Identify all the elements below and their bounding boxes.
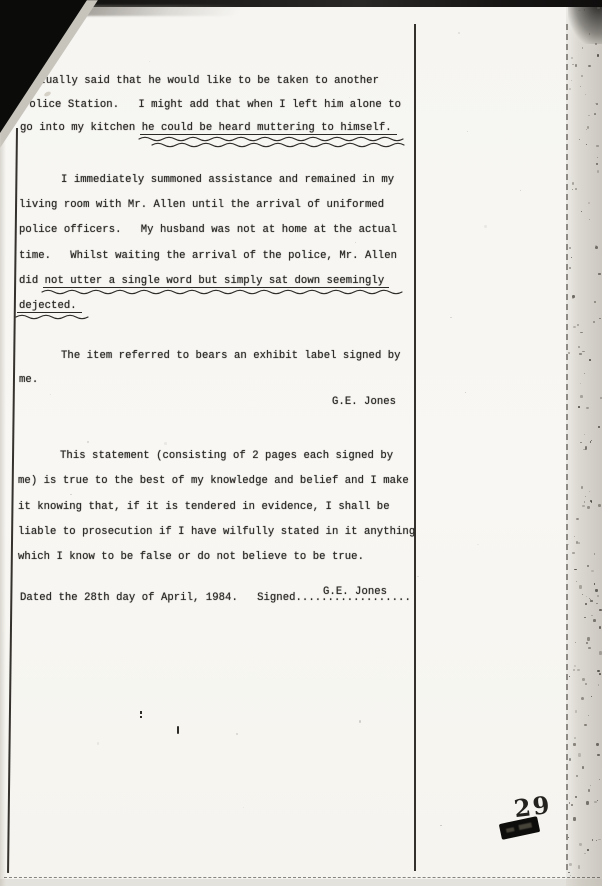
line-text: police officers. My husband was not at h…	[19, 224, 397, 236]
speck	[588, 789, 590, 792]
speck	[584, 373, 585, 374]
speck	[594, 301, 596, 303]
paragraph-2: I immediately summoned assistance and re…	[19, 168, 397, 319]
speck	[585, 683, 587, 685]
stamp-mark	[506, 827, 515, 833]
speck	[568, 872, 570, 873]
speck	[586, 129, 587, 130]
signature-name: G.E. Jones	[323, 586, 387, 598]
speck	[597, 54, 599, 57]
speck	[580, 395, 583, 397]
statement-line: dejected.	[19, 294, 397, 319]
speck	[578, 753, 581, 757]
speck	[588, 202, 590, 204]
statement-line: This statement (consisting of 2 pages ea…	[18, 444, 415, 469]
speck	[585, 603, 587, 605]
speck	[599, 651, 602, 655]
speck	[597, 170, 599, 173]
speck	[584, 434, 585, 435]
speck	[575, 64, 577, 66]
speck	[580, 383, 581, 385]
speck	[576, 518, 579, 520]
speck	[97, 742, 100, 745]
speck	[574, 737, 576, 739]
speck	[575, 796, 577, 797]
speck	[570, 875, 571, 876]
speck	[590, 600, 592, 601]
line-text: it knowing that, if it is tendered in ev…	[18, 501, 390, 513]
bottom-edge-shade	[0, 879, 602, 886]
speck	[593, 321, 595, 324]
speck	[573, 326, 576, 328]
speck	[520, 190, 521, 191]
speck	[589, 491, 590, 492]
speck	[586, 407, 589, 409]
wavy-underline	[42, 288, 402, 297]
speck	[581, 697, 584, 700]
statement-line: me.	[19, 368, 401, 392]
speck	[589, 598, 590, 599]
speck	[596, 163, 598, 165]
speck	[599, 609, 602, 611]
speck	[597, 800, 598, 801]
speck	[585, 496, 587, 498]
emphasized-phrase: not utter a single word but simply sat d…	[45, 275, 385, 287]
speck	[587, 637, 590, 641]
speck	[580, 442, 582, 443]
speck	[575, 188, 577, 190]
speck	[581, 486, 583, 489]
speck	[569, 758, 571, 761]
speck	[587, 565, 589, 567]
speck	[590, 785, 591, 786]
speck	[568, 837, 569, 838]
speck	[574, 536, 575, 537]
speck	[580, 86, 581, 87]
speck	[572, 297, 574, 299]
statement-line: it knowing that, if it is tendered in ev…	[18, 495, 415, 520]
speck	[586, 596, 587, 597]
speck	[582, 594, 583, 596]
speck	[70, 494, 71, 495]
speck	[598, 426, 600, 427]
statement-line: police officers. My husband was not at h…	[19, 218, 397, 243]
speck	[581, 75, 583, 76]
speck	[577, 324, 579, 326]
speck	[477, 544, 479, 546]
speck	[598, 273, 601, 274]
paragraph-1: ntually said that he would like to be ta…	[20, 70, 401, 141]
speck	[590, 599, 591, 600]
speck	[572, 182, 574, 185]
speck	[591, 615, 594, 616]
dated-text: Dated the 28th day of April, 1984. Signe…	[20, 592, 296, 604]
speck	[582, 47, 583, 48]
speck	[596, 103, 598, 105]
speck	[600, 397, 602, 399]
speck	[595, 43, 598, 45]
ink-mark	[140, 711, 142, 714]
line-text: me) is true to the best of my knowledge …	[18, 475, 409, 487]
speck	[589, 33, 590, 34]
speck	[584, 501, 586, 503]
speck	[582, 351, 585, 353]
line-text: go into my kitchen	[20, 122, 142, 134]
speck	[569, 676, 570, 677]
statement-line: which I know to be false or do not belie…	[18, 545, 415, 570]
speck	[587, 126, 589, 129]
emphasized-phrase: he could be heard muttering to himself.	[142, 122, 392, 134]
speck	[458, 32, 460, 34]
speck	[572, 189, 573, 190]
speck	[582, 678, 585, 681]
speck	[586, 642, 588, 644]
speck	[598, 504, 601, 507]
speck	[597, 670, 600, 672]
speck	[596, 840, 597, 841]
speck	[576, 581, 577, 582]
speck	[579, 139, 581, 140]
speck	[569, 802, 571, 804]
speck	[572, 552, 575, 553]
speck	[579, 353, 582, 355]
speck	[588, 115, 590, 116]
speck	[440, 825, 442, 827]
speck	[582, 766, 584, 768]
speck	[149, 61, 150, 62]
speck	[589, 219, 590, 220]
line-text: time. Whilst waiting the arrival of the …	[19, 250, 397, 262]
speck	[598, 684, 600, 686]
speck	[586, 144, 587, 145]
speck	[574, 665, 576, 668]
speck	[569, 863, 572, 866]
speck	[597, 754, 600, 756]
speck	[576, 775, 578, 777]
paragraph-4: This statement (consisting of 2 pages ea…	[18, 444, 415, 570]
speck	[243, 807, 244, 808]
wavy-underline	[152, 141, 401, 150]
speck	[575, 642, 576, 643]
ink-mark	[140, 716, 142, 718]
speck	[569, 88, 571, 90]
speck	[584, 724, 587, 726]
speck	[164, 442, 166, 444]
speck	[575, 710, 577, 712]
line-text: which I know to be false or do not belie…	[18, 551, 364, 563]
speck	[571, 804, 572, 806]
speck	[569, 247, 570, 248]
scan-edge-band	[566, 0, 602, 886]
speck	[596, 145, 598, 147]
speck	[588, 715, 589, 716]
speck	[577, 669, 579, 671]
speck	[590, 441, 591, 443]
speck	[569, 267, 571, 270]
speck	[594, 113, 596, 115]
speck	[465, 392, 466, 393]
speck	[584, 617, 586, 619]
speck	[594, 583, 596, 585]
speck	[573, 743, 575, 746]
line-text: liable to prosecution if I have wilfully…	[18, 526, 415, 538]
statement-line: me) is true to the best of my knowledge …	[18, 469, 415, 494]
statement-line: ntually said that he would like to be ta…	[20, 70, 401, 94]
speck	[592, 839, 594, 841]
speck	[595, 246, 598, 249]
speck	[594, 553, 595, 555]
speck	[574, 569, 576, 570]
statement-line: living room with Mr. Allen until the arr…	[19, 193, 397, 218]
ink-mark	[177, 726, 179, 734]
top-edge-smear	[79, 5, 244, 16]
speck	[87, 441, 89, 443]
statement-line: time. Whilst waiting the arrival of the …	[19, 244, 397, 269]
emphasized-phrase: dejected.	[19, 300, 77, 312]
statement-line: liable to prosecution if I have wilfully…	[18, 520, 415, 545]
wavy-underline	[16, 313, 80, 322]
speck	[588, 647, 591, 649]
speck	[586, 801, 589, 805]
line-text: living room with Mr. Allen until the arr…	[19, 199, 384, 211]
speck	[581, 211, 582, 212]
speck	[596, 743, 598, 746]
speck	[584, 853, 585, 854]
speck	[579, 843, 582, 846]
speck	[589, 359, 591, 361]
speck	[571, 57, 573, 59]
speck	[596, 603, 598, 605]
redaction-stamp	[499, 816, 540, 840]
line-text: The item referred to bears an exhibit la…	[61, 350, 401, 362]
speck	[568, 352, 570, 353]
statement-line: did not utter a single word but simply s…	[19, 269, 397, 294]
speck	[593, 619, 596, 623]
paragraph-3: The item referred to bears an exhibit la…	[19, 344, 401, 392]
exhibit-signature: G.E. Jones	[332, 396, 396, 408]
speck	[578, 406, 579, 407]
speck	[417, 576, 419, 578]
speck	[467, 131, 468, 132]
speck	[359, 720, 361, 722]
speck	[578, 346, 580, 348]
speck	[573, 817, 575, 821]
stamp-mark	[518, 822, 532, 830]
speck	[572, 64, 574, 65]
line-text: This statement (consisting of 2 pages ea…	[60, 450, 393, 462]
speck	[591, 570, 594, 572]
speck	[587, 506, 590, 509]
scanned-statement-page: ntually said that he would like to be ta…	[0, 0, 602, 886]
speck	[599, 626, 601, 628]
speck	[597, 595, 599, 597]
speck	[578, 542, 581, 544]
bottom-edge-line	[4, 877, 600, 878]
speck	[587, 849, 589, 851]
line-text: I immediately summoned assistance and re…	[61, 174, 394, 186]
speck	[588, 65, 591, 67]
speck	[580, 332, 583, 333]
speck	[597, 7, 600, 9]
speck	[50, 394, 51, 395]
statement-line: The item referred to bears an exhibit la…	[19, 344, 401, 368]
speck	[585, 94, 586, 95]
speck	[597, 157, 599, 158]
speck	[582, 505, 585, 508]
line-text: me.	[19, 374, 38, 386]
speck	[599, 673, 602, 676]
speck	[573, 669, 575, 671]
speck	[594, 801, 596, 804]
scan-edge-dotted-line	[566, 24, 568, 870]
speck	[595, 589, 597, 592]
speck	[484, 225, 486, 227]
speck	[568, 544, 569, 545]
speck	[578, 10, 581, 12]
line-text: Police Station. I might add that when I …	[23, 99, 401, 111]
speck	[579, 585, 582, 589]
speck	[591, 501, 592, 503]
line-text: ntually said that he would like to be ta…	[33, 75, 379, 87]
speck	[236, 733, 238, 735]
speck	[598, 839, 600, 840]
line-text: did	[19, 275, 45, 287]
speck	[599, 318, 601, 319]
speck	[591, 696, 592, 697]
speck	[450, 317, 452, 319]
statement-line: go into my kitchen he could be heard mut…	[20, 117, 401, 141]
left-margin-rule	[7, 128, 18, 873]
speck	[599, 779, 600, 780]
speck	[578, 865, 580, 869]
statement-line: Police Station. I might add that when I …	[20, 94, 401, 118]
statement-line: I immediately summoned assistance and re…	[19, 168, 397, 193]
speck	[571, 257, 572, 258]
